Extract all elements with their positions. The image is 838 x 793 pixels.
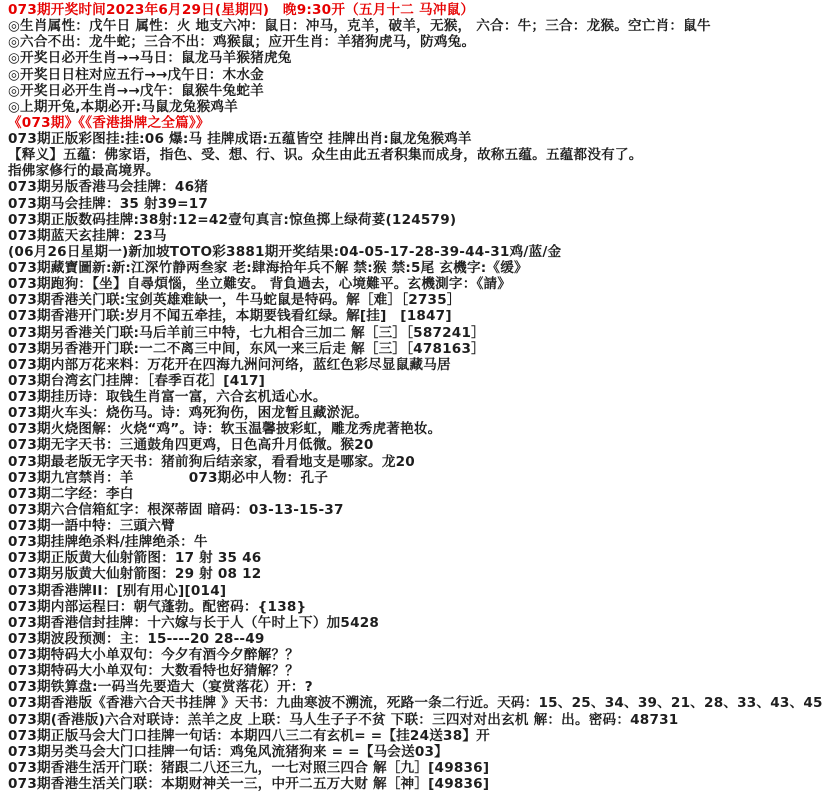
info-line: 073期香港版《香港六合天书挂牌 》天书：九曲寒波不溯流，死路一条二行近。天码：… xyxy=(8,695,838,711)
info-line: 073期台湾玄门挂牌：［春季百花］[417] xyxy=(8,373,838,389)
info-line: 073期正版彩图挂:挂:06 爆:马 挂牌成语:五蕴皆空 挂牌出肖:鼠龙兔猴鸡羊 xyxy=(8,131,838,147)
info-line: 073期另香港关门联:马后羊前三中特，七九相合三加二 解［三］［587241］ xyxy=(8,325,838,341)
lottery-info-page: 073期开奖时间2023年6月29日(星期四) 晚9:30开（五月十二 马冲鼠）… xyxy=(0,0,838,793)
toto-result-line: (06月26日星期一)新加坡TOTO彩3881期开奖结果:04-05-17-28… xyxy=(8,244,838,260)
info-line: 073期六合信箱紅字：根深蒂固 暗码：03-13-15-37 xyxy=(8,502,838,518)
info-line: 073期蓝天玄挂牌：23马 xyxy=(8,228,838,244)
info-line: 073期另香港开门联:一二不离三中间，东风一来三后走 解［三］［478163］ xyxy=(8,341,838,357)
info-line: 073期另版香港马会挂牌：46猪 xyxy=(8,179,838,195)
info-line: 073期另类马会大门口挂牌一句话：鸡兔风流猪狗来 = =【马会送03】 xyxy=(8,744,838,760)
info-line: 073期正版马会大门口挂牌一句话：本期四八三二有玄机= =【挂24送38】开 xyxy=(8,728,838,744)
info-line: 073期内部万花来料：万花开在四海九洲问河络，蓝红色彩尽显鼠藏马居 xyxy=(8,357,838,373)
info-line: 073期正版数码挂牌:38射:12=42壹句真言:惊鱼掷上绿荷荽(124579) xyxy=(8,212,838,228)
info-line: 073期另版黄大仙射箭图：29 射 08 12 xyxy=(8,566,838,582)
info-line: 073期马会挂牌：35 射39=17 xyxy=(8,196,838,212)
info-line: 073期波段预测：主：15----20 28--49 xyxy=(8,631,838,647)
info-line: 【释义】五蕴：佛家语，指色、受、想、行、识。众生由此五者积集而成身，故称五蕴。五… xyxy=(8,147,838,163)
info-line: 073期藏寶圖新:新:江深竹静两叁家 老:肆海拾年兵不解 禁:猴 禁:5尾 玄機… xyxy=(8,260,838,276)
info-line: 073期跑狗：【坐】自尋煩惱，坐立難安。 背負過去，心境難平。玄機測字：《請》 xyxy=(8,276,838,292)
info-line: ◎上期开兔,本期必开:马鼠龙兔猴鸡羊 xyxy=(8,99,838,115)
info-line: 073期一語中特：三頭六臂 xyxy=(8,518,838,534)
info-line: 073期香港牌II：[别有用心][014] xyxy=(8,583,838,599)
zodiac-attribute-line: ◎生肖属性：戊午日 属性：火 地支六冲：鼠日：冲马，克羊，破羊，无猴， 六合：牛… xyxy=(8,18,838,34)
info-line: 073期内部运程曰：朝气蓬勃。配密码：{138} xyxy=(8,599,838,615)
info-line: 073期香港关门联:宝剑英雄难缺一，牛马蛇鼠是特码。解［难］［2735］ xyxy=(8,292,838,308)
info-line: ◎六合不出：龙牛蛇；三合不出：鸡猴鼠；应开生肖：羊猪狗虎马，防鸡兔。 xyxy=(8,34,838,50)
info-line: 073期香港信封挂牌：十六嫁与长于人（午时上下）加5428 xyxy=(8,615,838,631)
info-line: 073期特码大小单双句：今夕有酒今夕醉解？？ xyxy=(8,647,838,663)
info-line: ◎开奖日必开生肖→→戊午：鼠猴牛兔蛇羊 xyxy=(8,83,838,99)
series-title: 《073期》《《香港掛牌之全篇》》 xyxy=(8,115,838,131)
info-line: 073期二字经：李白 xyxy=(8,486,838,502)
info-line: 073期挂牌绝杀料/挂牌绝杀：牛 xyxy=(8,534,838,550)
info-line: 073期无字天书：三通鼓角四更鸡，日色高升月低微。猴20 xyxy=(8,437,838,453)
info-line: 指佛家修行的最高境界。 xyxy=(8,163,838,179)
info-line: 073期最老版无字天书：猪前狗后结亲家，看看地支是哪家。龙20 xyxy=(8,454,838,470)
info-line: 073期特码大小单双句：大数看特也好猜解？？ xyxy=(8,663,838,679)
info-line: 073期铁算盘:一码当先要造大（宴赏落花）开：? xyxy=(8,679,838,695)
info-line: 073期挂历诗：取钱生肖富一富，六合玄机适心水。 xyxy=(8,389,838,405)
info-line: 073期九宫禁肖：羊 073期必中人物：孔子 xyxy=(8,470,838,486)
info-line: 073期香港开门联:岁月不闻五牵挂，本期要钱看红绿。解[挂] [1847] xyxy=(8,308,838,324)
info-line: 073期火车头：烧伤马。诗：鸡死狗伤，困龙暂且藏淤泥。 xyxy=(8,405,838,421)
info-line: 073期香港生活开门联：猪跟二八还三九，一七对照三四合 解［九］[49836] xyxy=(8,760,838,776)
info-line: 073期(香港版)六合对联诗：羔羊之皮 上联：马人生子子不贫 下联：三四对对出玄… xyxy=(8,712,838,728)
info-line: ◎开奖日必开生肖→→马日：鼠龙马羊猴猪虎兔 xyxy=(8,50,838,66)
info-line: 073期正版黄大仙射箭图：17 射 35 46 xyxy=(8,550,838,566)
info-line: 073期火烧图解：火烧“鸡”。诗：软玉温馨披彩虹，雕龙秀虎著艳妆。 xyxy=(8,421,838,437)
info-line: ◎开奖日日柱对应五行→→戊午日：木水金 xyxy=(8,67,838,83)
draw-info-header: 073期开奖时间2023年6月29日(星期四) 晚9:30开（五月十二 马冲鼠） xyxy=(8,2,838,18)
info-line: 073期香港生活关门联：本期财神关一三，中开二五万大财 解［神］[49836] xyxy=(8,776,838,792)
